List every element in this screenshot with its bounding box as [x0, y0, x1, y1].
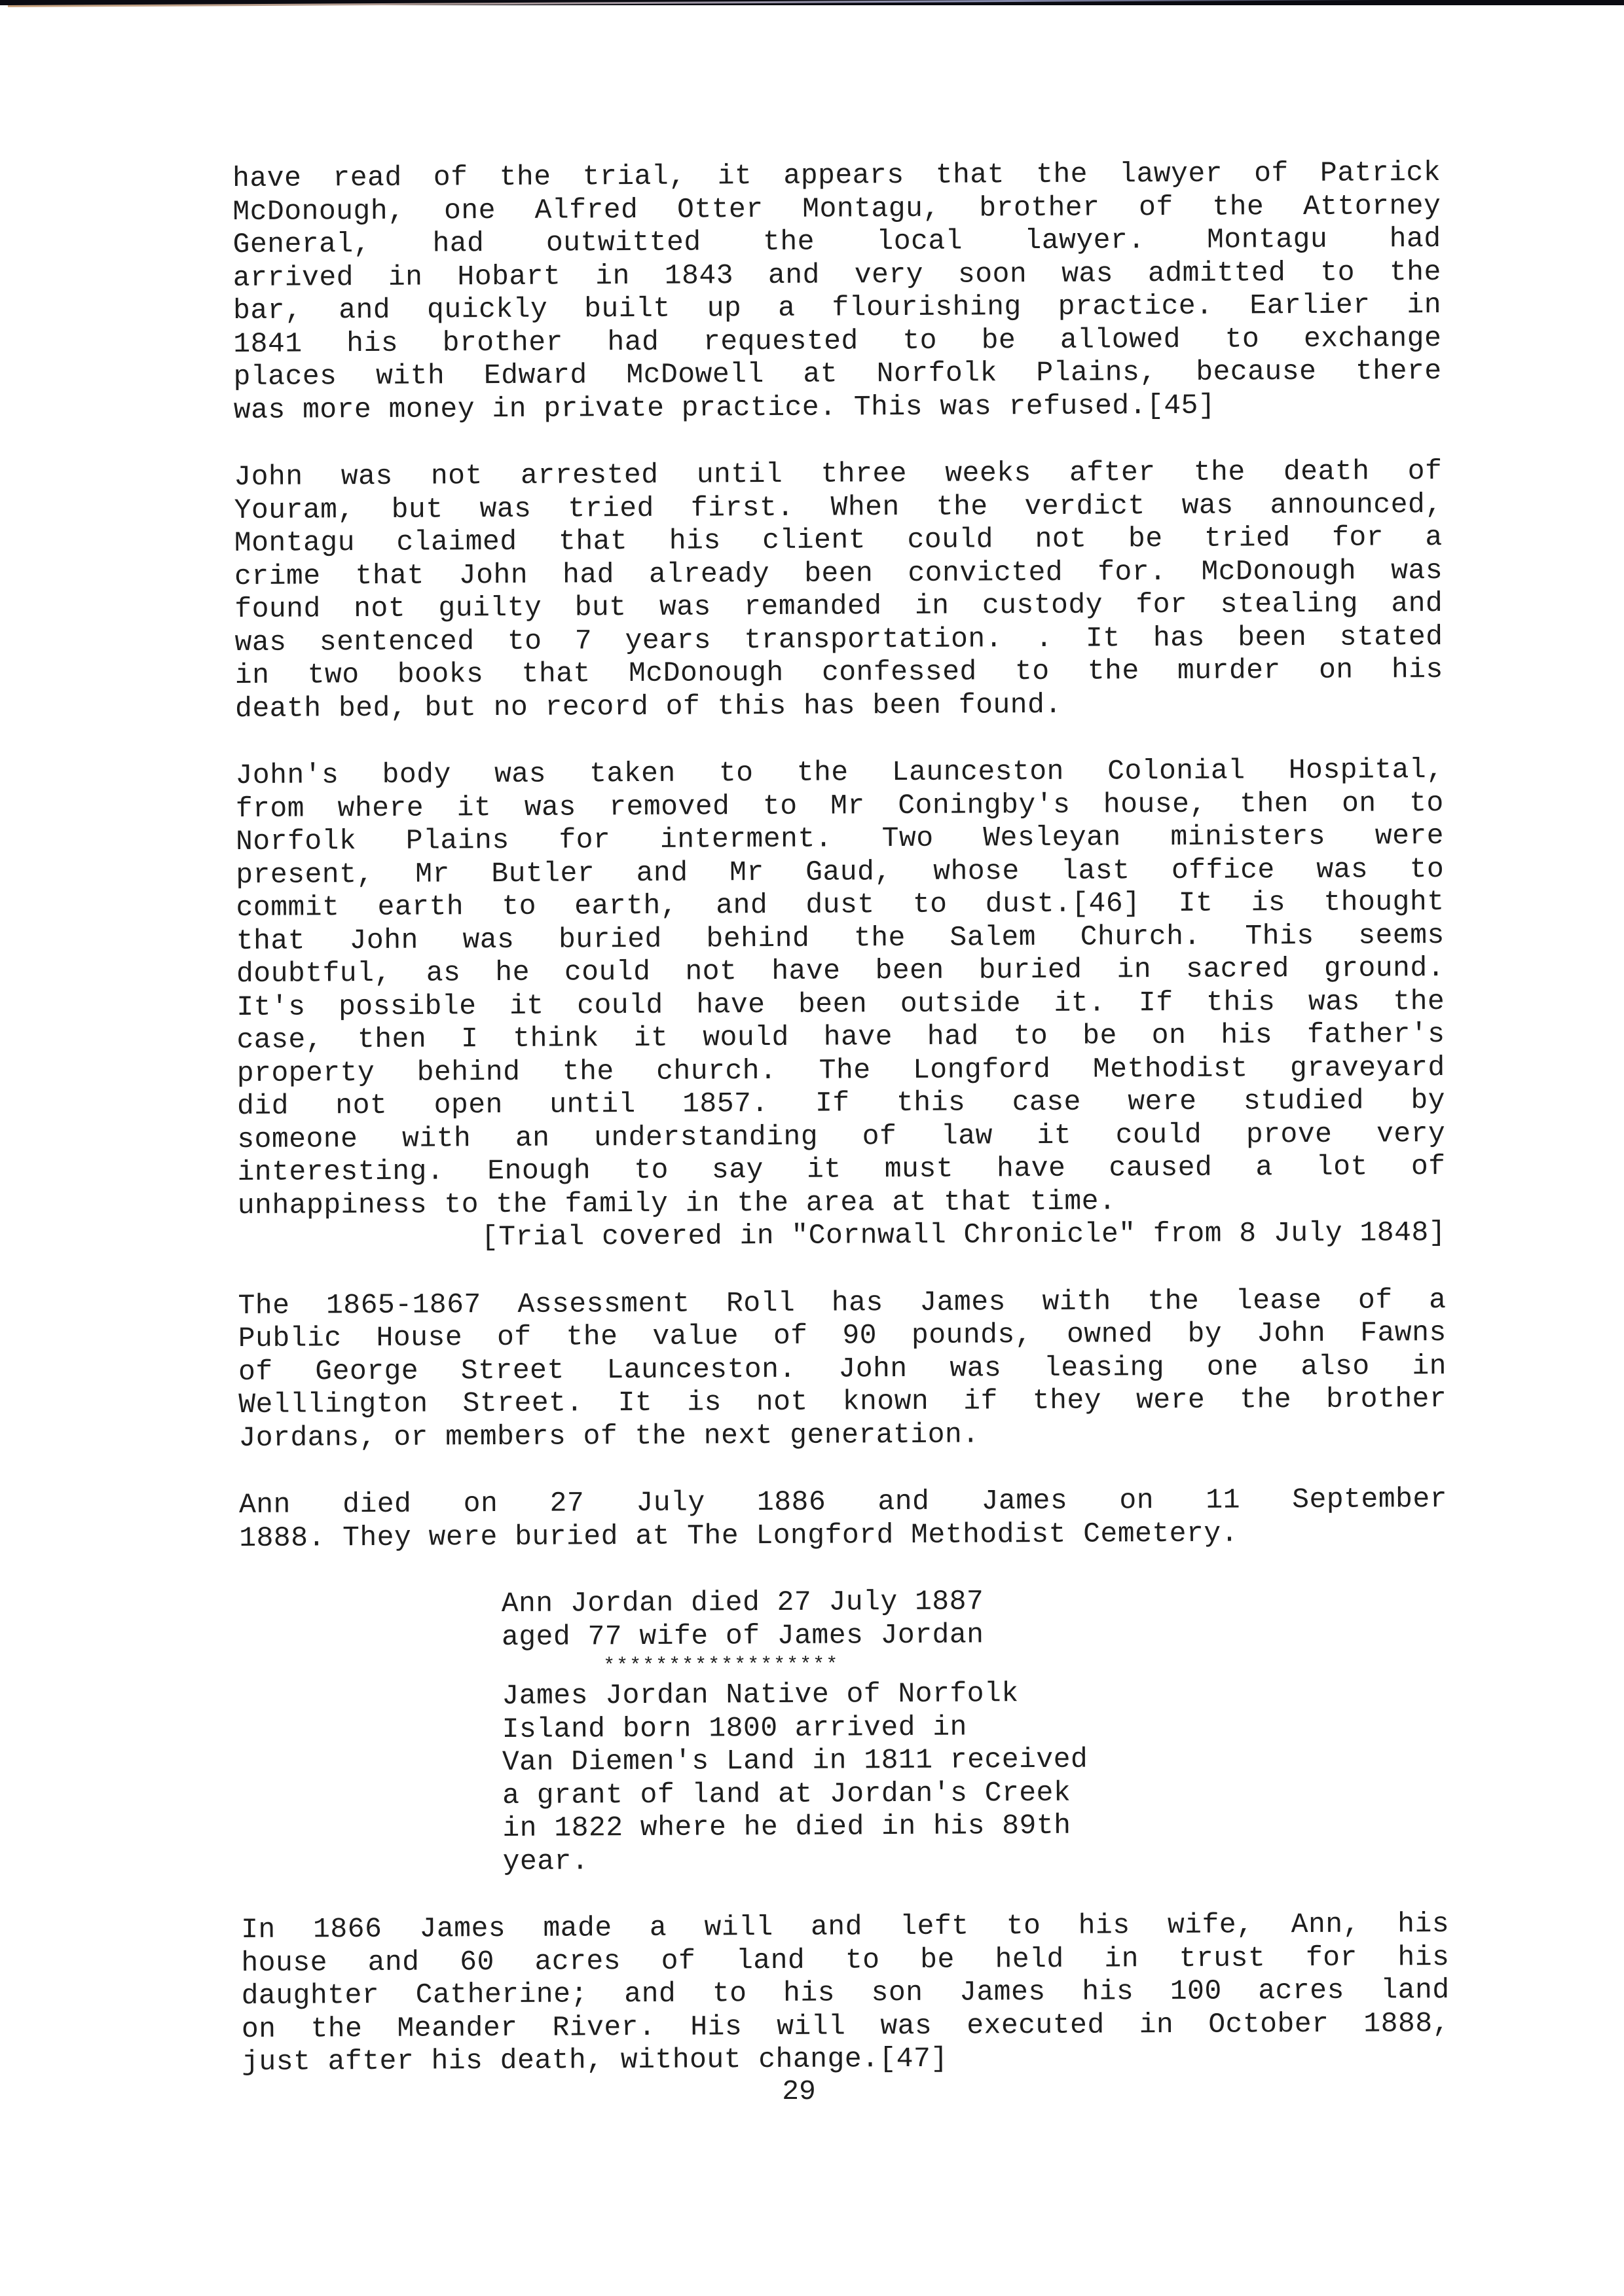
inscription-line: Van Diemen's Land in 1811 received: [502, 1743, 1223, 1779]
page-number: 29: [0, 2075, 1611, 2107]
text-line: Montagu claimed that his client could no…: [234, 521, 1443, 560]
text-line: places with Edward McDowell at Norfolk P…: [233, 355, 1441, 394]
text-line: Norfolk Plains for interment. Two Wesley…: [236, 820, 1444, 859]
paragraph-will: In 1866 James made a will and left to hi…: [241, 1908, 1450, 2079]
text-line: doubtful, as he could not have been buri…: [236, 952, 1445, 991]
text-line: was more money in private practice. This…: [234, 388, 1442, 427]
text-line: present, Mr Butler and Mr Gaud, whose la…: [236, 852, 1444, 892]
paragraph-assessment-roll: The 1865-1867 Assessment Roll has James …: [238, 1283, 1447, 1455]
text-line: case, then I think it would have had to …: [236, 1018, 1445, 1057]
text-line: General, had outwitted the local lawyer.…: [232, 223, 1441, 262]
text-line: It's possible it could have been outside…: [236, 985, 1445, 1024]
text-line: The 1865-1867 Assessment Roll has James …: [238, 1283, 1446, 1322]
inscription-line: Island born 1800 arrived in: [502, 1709, 1223, 1746]
text-line: that John was buried behind the Salem Ch…: [236, 919, 1445, 958]
text-line: Ann died on 27 July 1886 and James on 11…: [239, 1483, 1447, 1522]
inscription-line: James Jordan Native of Norfolk: [502, 1677, 1222, 1713]
text-line: house and 60 acres of land to be held in…: [241, 1941, 1449, 1980]
paragraph-trial-lawyer: have read of the trial, it appears that …: [232, 156, 1442, 427]
text-line: in two books that McDonough confessed to…: [235, 653, 1443, 693]
inscription-line: aged 77 wife of James Jordan: [502, 1617, 1222, 1654]
inscription-line: year.: [503, 1842, 1223, 1878]
text-line: Welllington Street. It is not known if t…: [238, 1383, 1447, 1422]
text-line: did not open until 1857. If this case we…: [237, 1084, 1445, 1123]
inscription-line: in 1822 where he died in his 89th: [502, 1809, 1223, 1846]
text-line: property behind the church. The Longford…: [237, 1051, 1445, 1090]
text-line: daughter Catherine; and to his son James…: [242, 1974, 1450, 2013]
paragraph-burial: John's body was taken to the Launceston …: [235, 754, 1446, 1256]
text-line: McDonough, one Alfred Otter Montagu, bro…: [232, 189, 1441, 228]
text-line: unhappiness to the family in the area at…: [238, 1183, 1446, 1222]
text-line: bar, and quickly built up a flourishing …: [233, 289, 1441, 328]
text-line: crime that John had already been convict…: [234, 554, 1443, 593]
headstone-inscription: Ann Jordan died 27 July 1887 aged 77 wif…: [502, 1584, 1223, 1878]
text-line: have read of the trial, it appears that …: [232, 156, 1441, 196]
text-line: was sentenced to 7 years transportation.…: [234, 620, 1443, 659]
text-line: John's body was taken to the Launceston …: [235, 754, 1443, 793]
text-line: found not guilty but was remanded in cus…: [234, 587, 1443, 627]
citation: [Trial covered in "Cornwall Chronicle" f…: [238, 1216, 1446, 1256]
paragraph-deaths: Ann died on 27 July 1886 and James on 11…: [239, 1483, 1447, 1555]
inscription-line: a grant of land at Jordan's Creek: [502, 1776, 1223, 1812]
text-line: 1841 his brother had requested to be all…: [233, 321, 1441, 361]
text-line: just after his death, without change.[47…: [242, 2040, 1450, 2079]
text-line: commit earth to earth, and dust to dust.…: [236, 886, 1444, 925]
text-line: Jordans, or members of the next generati…: [238, 1415, 1447, 1455]
text-line: someone with an understanding of law it …: [237, 1117, 1445, 1156]
text-line: on the Meander River. His will was execu…: [242, 2007, 1450, 2046]
inscription-separator: ******************: [502, 1650, 1222, 1680]
text-line: John was not arrested until three weeks …: [234, 455, 1442, 494]
document-page: have read of the trial, it appears that …: [232, 156, 1450, 2113]
text-line: from where it was removed to Mr Coningby…: [236, 786, 1444, 826]
text-line: interesting. Enough to say it must have …: [237, 1150, 1445, 1190]
text-line: arrived in Hobart in 1843 and very soon …: [233, 255, 1441, 295]
text-line: 1888. They were buried at The Longford M…: [239, 1516, 1447, 1555]
text-line: Public House of the value of 90 pounds, …: [238, 1317, 1447, 1356]
paragraph-arrest: John was not arrested until three weeks …: [234, 455, 1443, 725]
text-line: Youram, but was tried first. When the ve…: [234, 488, 1442, 527]
inscription-line: Ann Jordan died 27 July 1887: [502, 1584, 1222, 1621]
text-line: In 1866 James made a will and left to hi…: [241, 1908, 1449, 1947]
text-line: death bed, but no record of this has bee…: [235, 686, 1443, 725]
text-line: of George Street Launceston. John was le…: [238, 1349, 1447, 1389]
